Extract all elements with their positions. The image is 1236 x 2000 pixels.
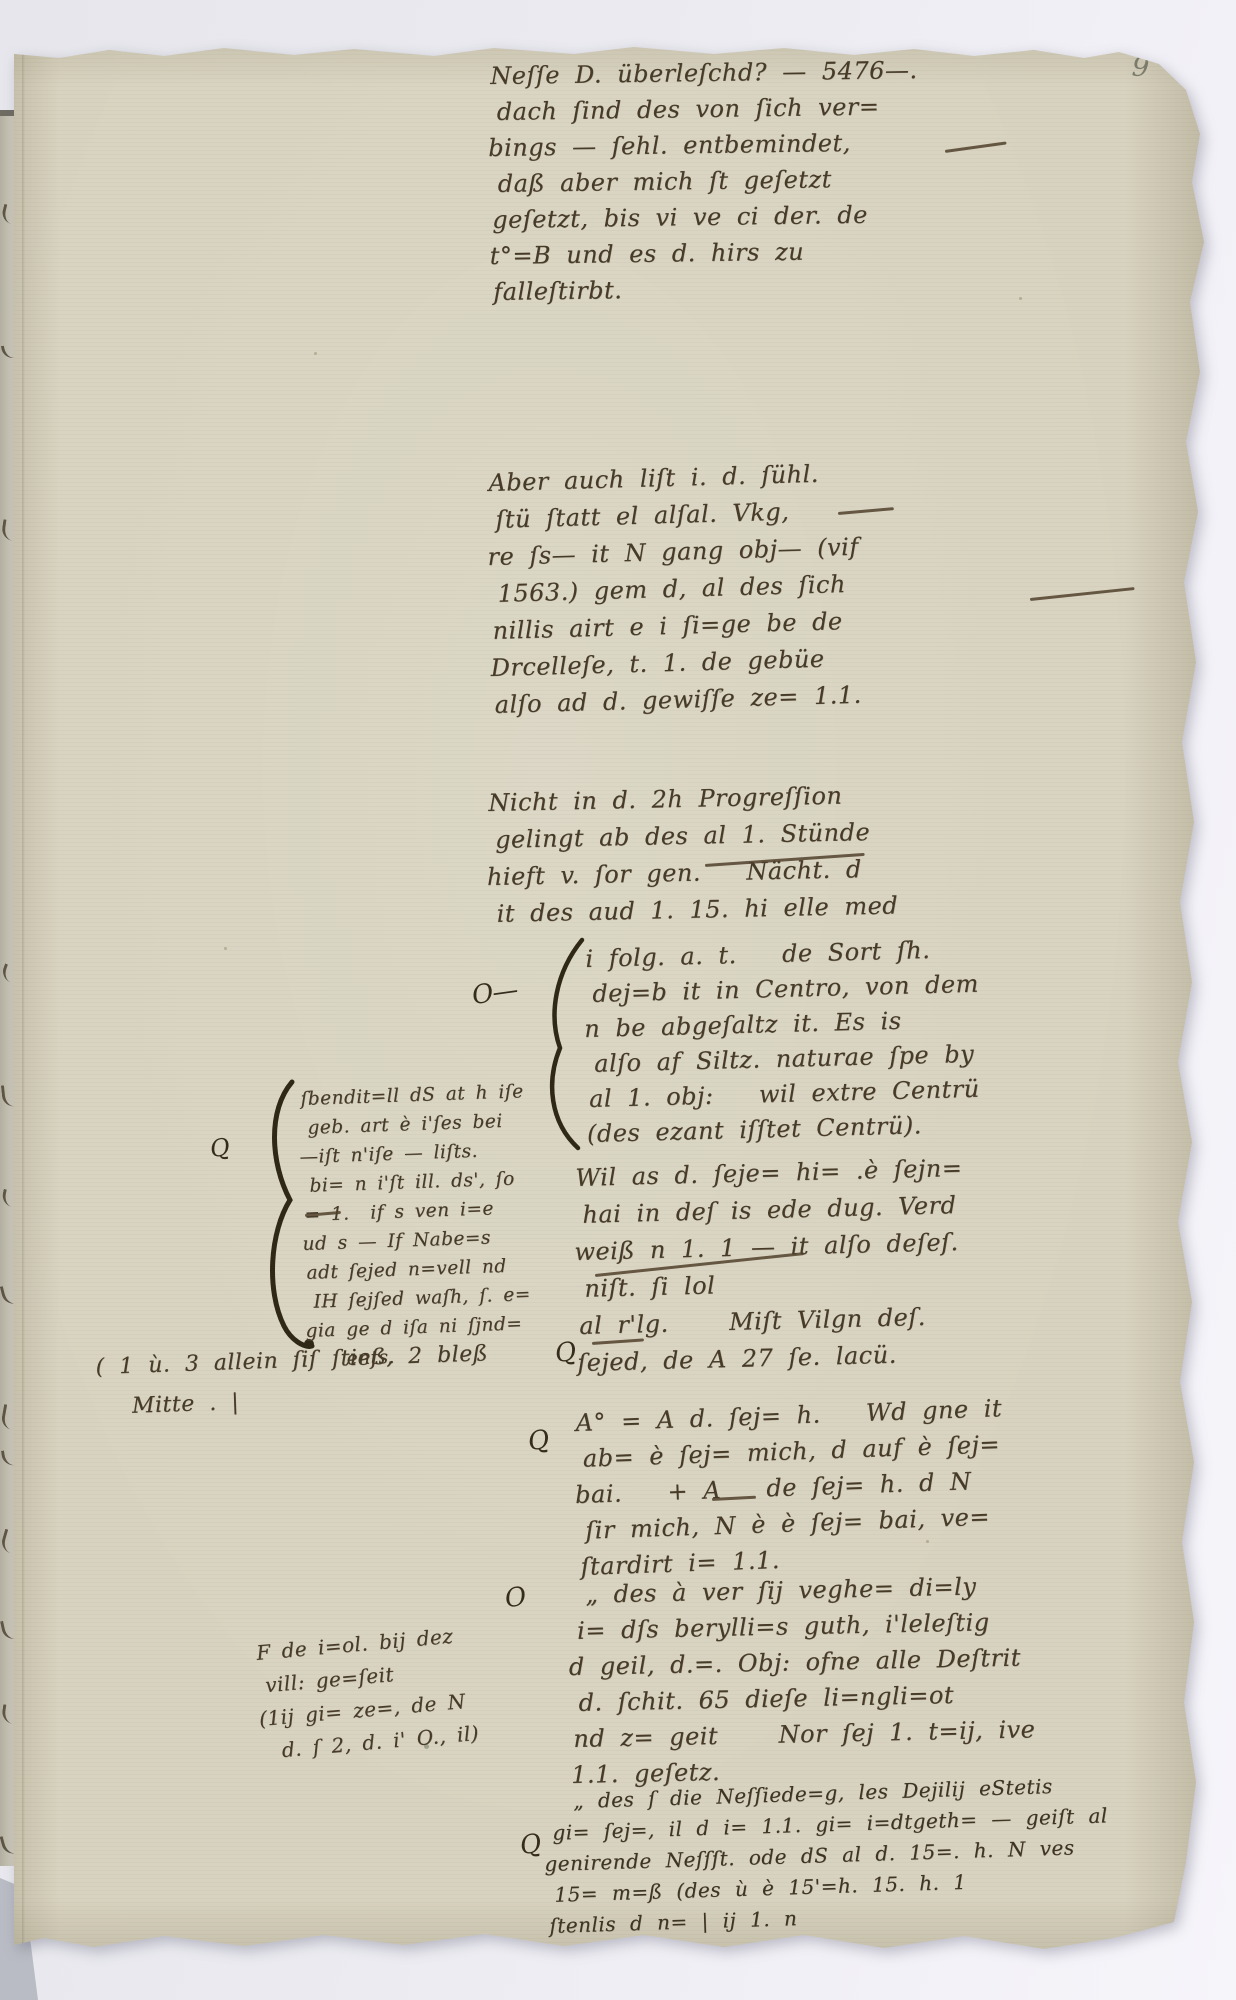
handwriting-line: bings — ſehl. entbemindet, (488, 124, 919, 166)
manuscript-page: 9 Neſſe D. überleſchd? — 5476—.dach ſind… (14, 42, 1204, 1954)
margin-mark-icon: Q (208, 1133, 230, 1163)
parenthetical-note: ( 1 ù. 3 allein ſiſ ſtieß, 2 bleß Mitte … (95, 1334, 490, 1428)
paper-crease (22, 42, 25, 1954)
stray-ink-mark (1, 1449, 15, 1467)
paper-speck (1019, 297, 1022, 300)
paragraph-mark-icon: O— (470, 975, 519, 1011)
paper-speck (224, 947, 227, 950)
paper-speck (314, 352, 317, 355)
paragraph-mark-icon: Q (518, 1829, 542, 1862)
text-brace-icon (542, 936, 588, 1154)
handwriting-line: falleſtirbt. (493, 268, 921, 310)
paragraph-mark-icon: Q (553, 1337, 577, 1370)
margin-note-bottom: F de i=ol. bij dezvill: ge=ſeit(1ij gi= … (255, 1618, 480, 1768)
page-number: 9 (1131, 51, 1150, 83)
margin-note-main: ſbendit=ll dS at h iſegeb. art è i'ſes b… (300, 1077, 533, 1375)
handwriting-line: daß aber mich ſt geſetzt (498, 160, 920, 202)
ink-underline (945, 141, 1007, 152)
paragraph-2: Aber auch liſt i. d. ſühl.ſtü ſtatt el a… (488, 455, 863, 724)
page-wrap: 9 Neſſe D. überleſchd? — 5476—.dach ſind… (14, 42, 1204, 1954)
paragraph-7: „ des ſ die Neſſiede=g, les Dejilij eSte… (545, 1769, 1111, 1942)
handwriting-line: dach ſind des von ſich ver= (497, 88, 919, 130)
ink-underline (1030, 587, 1135, 600)
paragraph-3-bracketed: i folg. a. t. de Sort ſh.dej=b it in Cen… (585, 932, 983, 1152)
paragraph-4: Wil as d. ſeje= hi= .è ſejn=hai in deſ i… (575, 1150, 968, 1382)
paragraph-5: A° = A d. ſej= h. Wd gne itab= è ſej= mi… (575, 1390, 1008, 1585)
stray-ink-mark (1, 1084, 15, 1107)
handwriting-line: Neſſe D. überleſchd? — 5476—. (490, 52, 918, 94)
paragraph-mark-icon: Q (526, 1425, 550, 1458)
manuscript-photo: 9 Neſſe D. überleſchd? — 5476—.dach ſind… (0, 0, 1236, 2000)
paragraph-6: „ des à ver ſij veghe= di=lyi= dſs beryl… (570, 1567, 1036, 1793)
handwriting-line: t°=B und es d. hirs zu (490, 232, 921, 274)
handwriting-line: it des aud 1. 15. hi elle med (496, 887, 898, 932)
paragraph-1: Neſſe D. überleſchd? — 5476—.dach ſind d… (490, 52, 921, 310)
paragraph-mark-icon: O (503, 1582, 527, 1615)
stray-ink-mark (1, 344, 15, 360)
handwriting-line: geſetzt, bis vi ve ci der. de (492, 196, 920, 238)
